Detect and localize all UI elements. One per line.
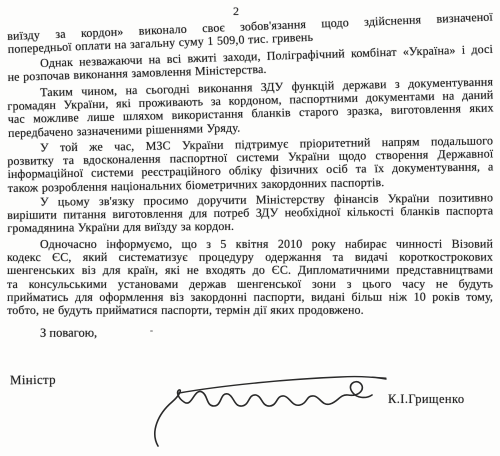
text-line: тобто, не будуть прийматися паспорти, те… <box>7 303 493 317</box>
paragraph: Таким чином, на сьогодні виконання ЗДУ ф… <box>7 75 494 139</box>
document-page: 2 виїзду за кордон» виконало своє зобов'… <box>0 0 500 456</box>
minister-title: Міністр <box>10 372 56 388</box>
paragraph: У той же час, МЗС України підтримує пріо… <box>7 134 494 194</box>
paragraph: Одночасно інформуємо, що з 5 квітня 2010… <box>7 237 493 317</box>
text-line: та консульськими установами держав шенге… <box>7 277 493 291</box>
signer-name: К.І.Грищенко <box>388 392 464 407</box>
text-line: шенгенських віз для країн, які не входят… <box>7 264 493 278</box>
closing-line: З повагою, <box>7 325 493 340</box>
signature-top-stroke <box>179 377 386 393</box>
text-line: прийматись для оформлення віз закордонні… <box>7 290 493 304</box>
ink-speck <box>150 330 153 332</box>
text-line: громадянина України для виїзду за кордон… <box>7 218 493 236</box>
page-number: 2 <box>214 4 258 19</box>
paragraph: У цьому зв'язку просимо доручити Міністе… <box>7 192 493 236</box>
document-body: виїзду за кордон» виконало своє зобов'яз… <box>7 30 493 339</box>
